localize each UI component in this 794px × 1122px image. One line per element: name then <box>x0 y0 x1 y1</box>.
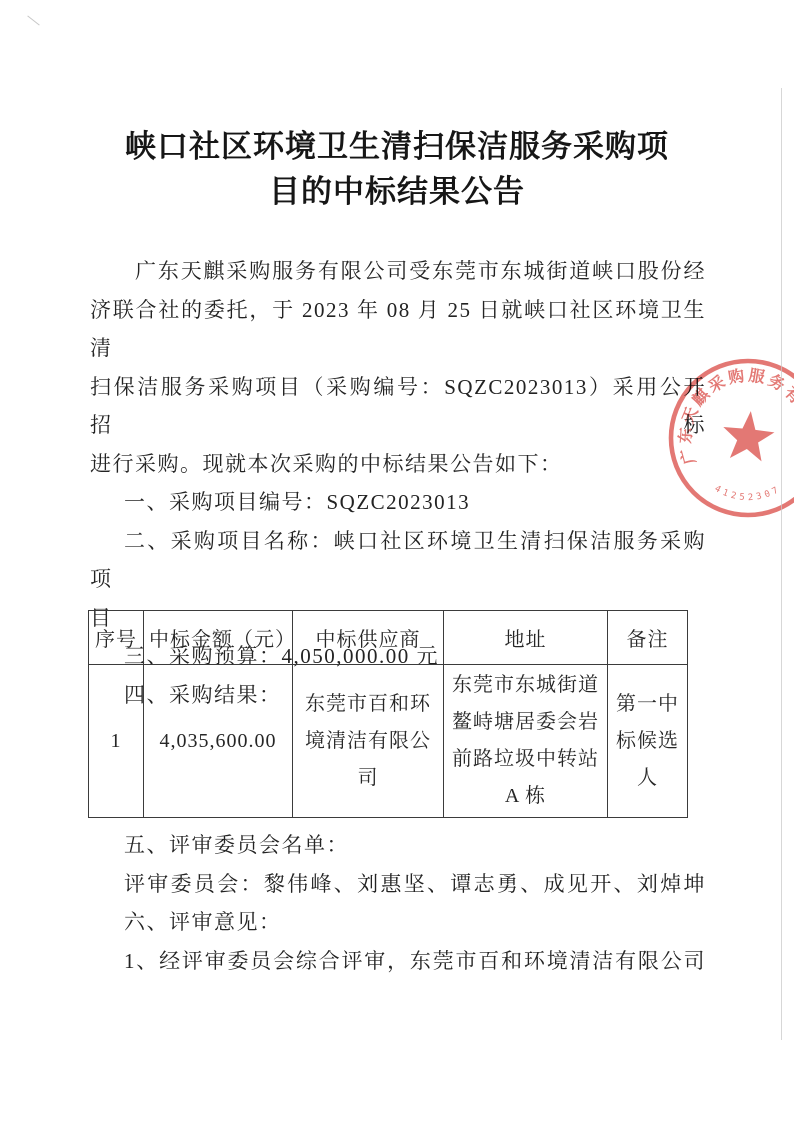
scanned-document-page: 峡口社区环境卫生清扫保洁服务采购项 目的中标结果公告 广东天麒采购服务有限公司受… <box>0 0 794 1122</box>
item-opinion-heading: 六、评审意见： <box>90 903 706 942</box>
item-project-name: 二、采购项目名称：峡口社区环境卫生清扫保洁服务采购项 <box>90 522 706 599</box>
scan-page-edge-line <box>781 88 782 1040</box>
table-header-row: 序号 中标金额（元） 中标供应商 地址 备注 <box>89 611 688 665</box>
intro-line: 进行采购。现就本次采购的中标结果公告如下： <box>90 445 706 484</box>
cell-remark: 第一中标候选人 <box>608 665 688 818</box>
opinion-line: 1、经评审委员会综合评审，东莞市百和环境清洁有限公司 <box>90 942 706 981</box>
table-row: 1 4,035,600.00 东莞市百和环境清洁有限公司 东莞市东城街道鳌峙塘居… <box>89 665 688 818</box>
scan-corner-mark <box>27 15 39 25</box>
cell-supplier: 东莞市百和环境清洁有限公司 <box>293 665 444 818</box>
intro-line: 扫保洁服务采购项目（采购编号：SQZC2023013）采用公开招标 <box>90 368 706 445</box>
header-address: 地址 <box>444 611 608 665</box>
title-line-2: 目的中标结果公告 <box>89 169 705 214</box>
header-remark: 备注 <box>608 611 688 665</box>
intro-line: 广东天麒采购服务有限公司受东莞市东城街道峡口股份经 <box>90 252 706 291</box>
cell-address: 东莞市东城街道鳌峙塘居委会岩前路垃圾中转站 A 栋 <box>444 665 608 818</box>
header-supplier: 中标供应商 <box>293 611 444 665</box>
document-title: 峡口社区环境卫生清扫保洁服务采购项 目的中标结果公告 <box>89 124 705 214</box>
item-project-number: 一、采购项目编号：SQZC2023013 <box>90 483 706 522</box>
results-table: 序号 中标金额（元） 中标供应商 地址 备注 1 4,035,600.00 东莞… <box>88 610 688 818</box>
item-committee-heading: 五、评审委员会名单： <box>90 826 706 865</box>
intro-line: 济联合社的委托，于 2023 年 08 月 25 日就峡口社区环境卫生清 <box>90 291 706 368</box>
committee-members: 评审委员会：黎伟峰、刘惠坚、谭志勇、成见开、刘焯坤 <box>90 865 706 904</box>
header-amount: 中标金额（元） <box>144 611 293 665</box>
evaluation-sections: 五、评审委员会名单： 评审委员会：黎伟峰、刘惠坚、谭志勇、成见开、刘焯坤 六、评… <box>90 826 706 980</box>
cell-amount: 4,035,600.00 <box>144 665 293 818</box>
seal-star-icon <box>720 408 776 462</box>
header-index: 序号 <box>89 611 144 665</box>
title-line-1: 峡口社区环境卫生清扫保洁服务采购项 <box>89 124 705 169</box>
cell-index: 1 <box>89 665 144 818</box>
